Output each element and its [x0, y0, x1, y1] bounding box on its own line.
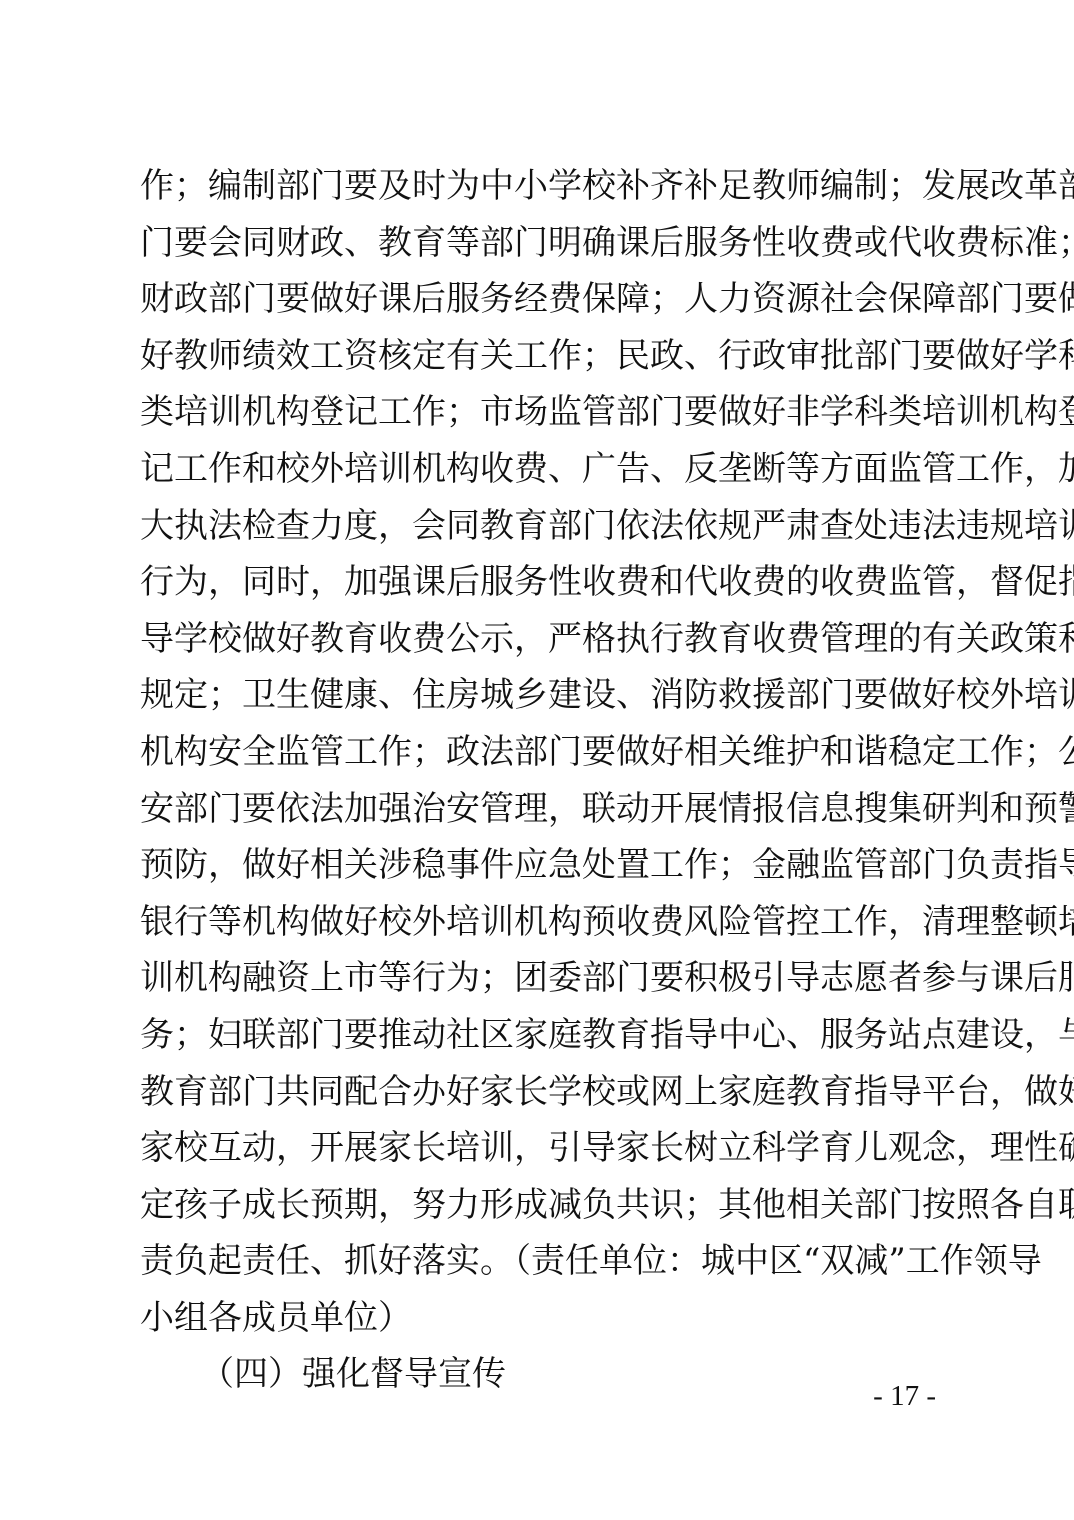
body-line-6: 记工作和校外培训机构收费、广告、反垄断等方面监管工作，加 — [140, 441, 936, 498]
body-line-7: 大执法检查力度，会同教育部门依法依规严肃查处违法违规培训 — [140, 498, 936, 555]
body-line-12: 安部门要依法加强治安管理，联动开展情报信息搜集研判和预警 — [140, 781, 936, 838]
body-line-14: 银行等机构做好校外培训机构预收费风险管控工作，清理整顿培 — [140, 894, 936, 951]
body-line-20: 责负起责任、抓好落实。（责任单位：城中区“双减”工作领导 — [140, 1233, 936, 1290]
body-line-21: 小组各成员单位） — [140, 1290, 936, 1347]
document-page: 作；编制部门要及时为中小学校补齐补足教师编制；发展改革部 门要会同财政、教育等部… — [140, 158, 936, 1403]
body-line-15: 训机构融资上市等行为；团委部门要积极引导志愿者参与课后服 — [140, 950, 936, 1007]
page-number: - 17 - — [873, 1380, 936, 1413]
body-line-2: 门要会同财政、教育等部门明确课后服务性收费或代收费标准； — [140, 215, 936, 272]
body-line-1: 作；编制部门要及时为中小学校补齐补足教师编制；发展改革部 — [140, 158, 936, 215]
body-line-13: 预防，做好相关涉稳事件应急处置工作；金融监管部门负责指导 — [140, 837, 936, 894]
body-line-19: 定孩子成长预期，努力形成减负共识；其他相关部门按照各自职 — [140, 1177, 936, 1234]
body-line-3: 财政部门要做好课后服务经费保障；人力资源社会保障部门要做 — [140, 271, 936, 328]
body-line-16: 务；妇联部门要推动社区家庭教育指导中心、服务站点建设，与 — [140, 1007, 936, 1064]
body-line-8: 行为，同时，加强课后服务性收费和代收费的收费监管，督促指 — [140, 554, 936, 611]
body-line-18: 家校互动，开展家长培训，引导家长树立科学育儿观念，理性确 — [140, 1120, 936, 1177]
body-line-4: 好教师绩效工资核定有关工作；民政、行政审批部门要做好学科 — [140, 328, 936, 385]
body-line-5: 类培训机构登记工作；市场监管部门要做好非学科类培训机构登 — [140, 384, 936, 441]
body-line-9: 导学校做好教育收费公示，严格执行教育收费管理的有关政策和 — [140, 611, 936, 668]
body-line-11: 机构安全监管工作；政法部门要做好相关维护和谐稳定工作；公 — [140, 724, 936, 781]
body-line-10: 规定；卫生健康、住房城乡建设、消防救援部门要做好校外培训 — [140, 667, 936, 724]
section-heading: （四）强化督导宣传 — [140, 1346, 936, 1403]
body-line-17: 教育部门共同配合办好家长学校或网上家庭教育指导平台，做好 — [140, 1064, 936, 1121]
